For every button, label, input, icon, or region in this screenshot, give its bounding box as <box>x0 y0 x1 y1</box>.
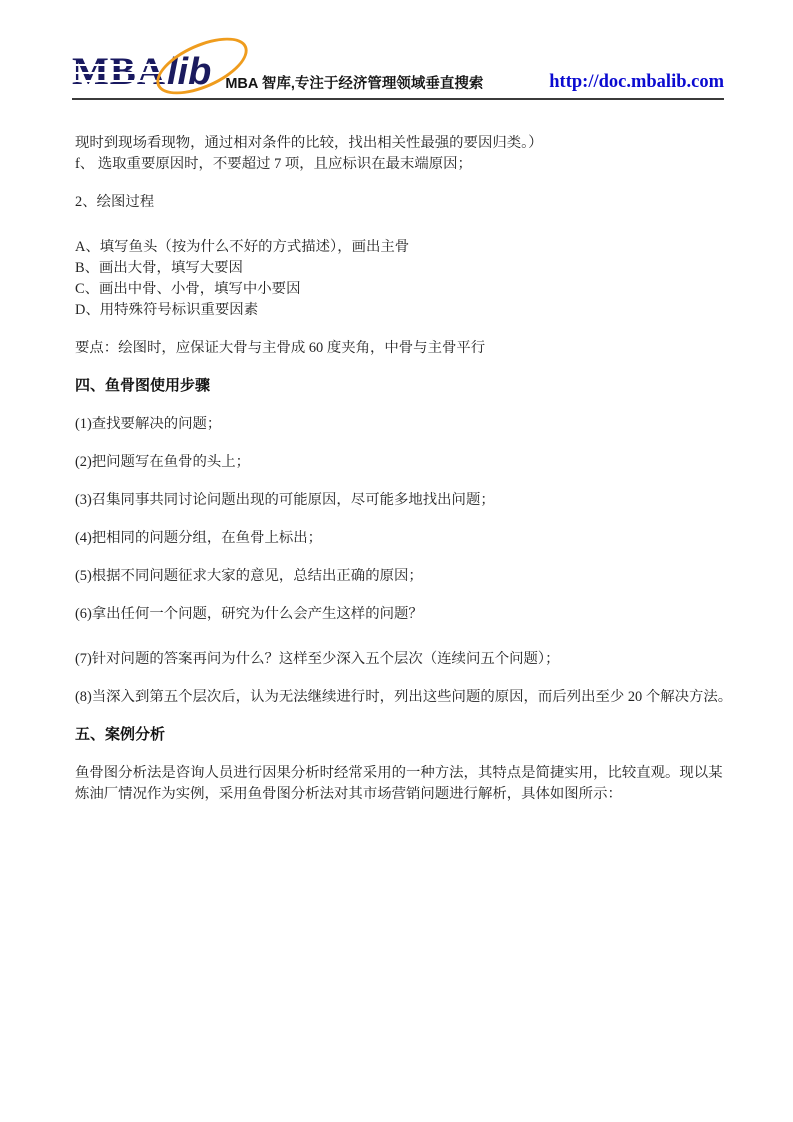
section-heading: 四、鱼骨图使用步骤 <box>75 376 733 397</box>
paragraph: 要点：绘图时，应保证大骨与主骨成 60 度夹角，中骨与主骨平行 <box>75 338 733 359</box>
page-header: MBA lib MBA 智库,专注于经济管理领域垂直搜索 http://doc.… <box>72 0 724 100</box>
list-item: (6)拿出任何一个问题，研究为什么会产生这样的问题？ <box>75 604 733 625</box>
list-item: A、填写鱼头（按为什么不好的方式描述），画出主骨 <box>75 237 733 258</box>
list-item: (8)当深入到第五个层次后，认为无法继续进行时，列出这些问题的原因，而后列出至少… <box>75 687 733 708</box>
paragraph: f、 选取重要原因时，不要超过 7 项，且应标识在最末端原因； <box>75 154 733 175</box>
list-item: (1)查找要解决的问题； <box>75 414 733 435</box>
list-item: D、用特殊符号标识重要因素 <box>75 300 733 321</box>
list-item: (3)召集同事共同讨论问题出现的可能原因，尽可能多地找出问题； <box>75 490 733 511</box>
mbalib-logo: MBA lib <box>72 44 225 94</box>
logo-lib-text: lib <box>167 50 211 94</box>
brand-area: MBA lib MBA 智库,专注于经济管理领域垂直搜索 <box>72 44 483 94</box>
site-url-link[interactable]: http://doc.mbalib.com <box>549 72 724 94</box>
logo-mba-text: MBA <box>72 50 166 94</box>
paragraph: 2、绘图过程 <box>75 192 733 213</box>
site-tagline: MBA 智库,专注于经济管理领域垂直搜索 <box>225 72 483 94</box>
paragraph: 鱼骨图分析法是咨询人员进行因果分析时经常采用的一种方法，其特点是简捷实用，比较直… <box>75 763 733 805</box>
document-page: MBA lib MBA 智库,专注于经济管理领域垂直搜索 http://doc.… <box>0 0 793 1122</box>
list-item: (5)根据不同问题征求大家的意见，总结出正确的原因； <box>75 566 733 587</box>
list-item: (4)把相同的问题分组，在鱼骨上标出； <box>75 528 733 549</box>
list-item: B、画出大骨，填写大要因 <box>75 258 733 279</box>
paragraph: 现时到现场看现物，通过相对条件的比较，找出相关性最强的要因归类。） <box>75 133 733 154</box>
list-item: C、画出中骨、小骨，填写中小要因 <box>75 279 733 300</box>
section-heading: 五、案例分析 <box>75 725 733 746</box>
list-item: (7)针对问题的答案再问为什么？这样至少深入五个层次（连续问五个问题）； <box>75 649 733 670</box>
list-item: (2)把问题写在鱼骨的头上； <box>75 452 733 473</box>
document-body: 现时到现场看现物，通过相对条件的比较，找出相关性最强的要因归类。） f、 选取重… <box>75 100 733 805</box>
